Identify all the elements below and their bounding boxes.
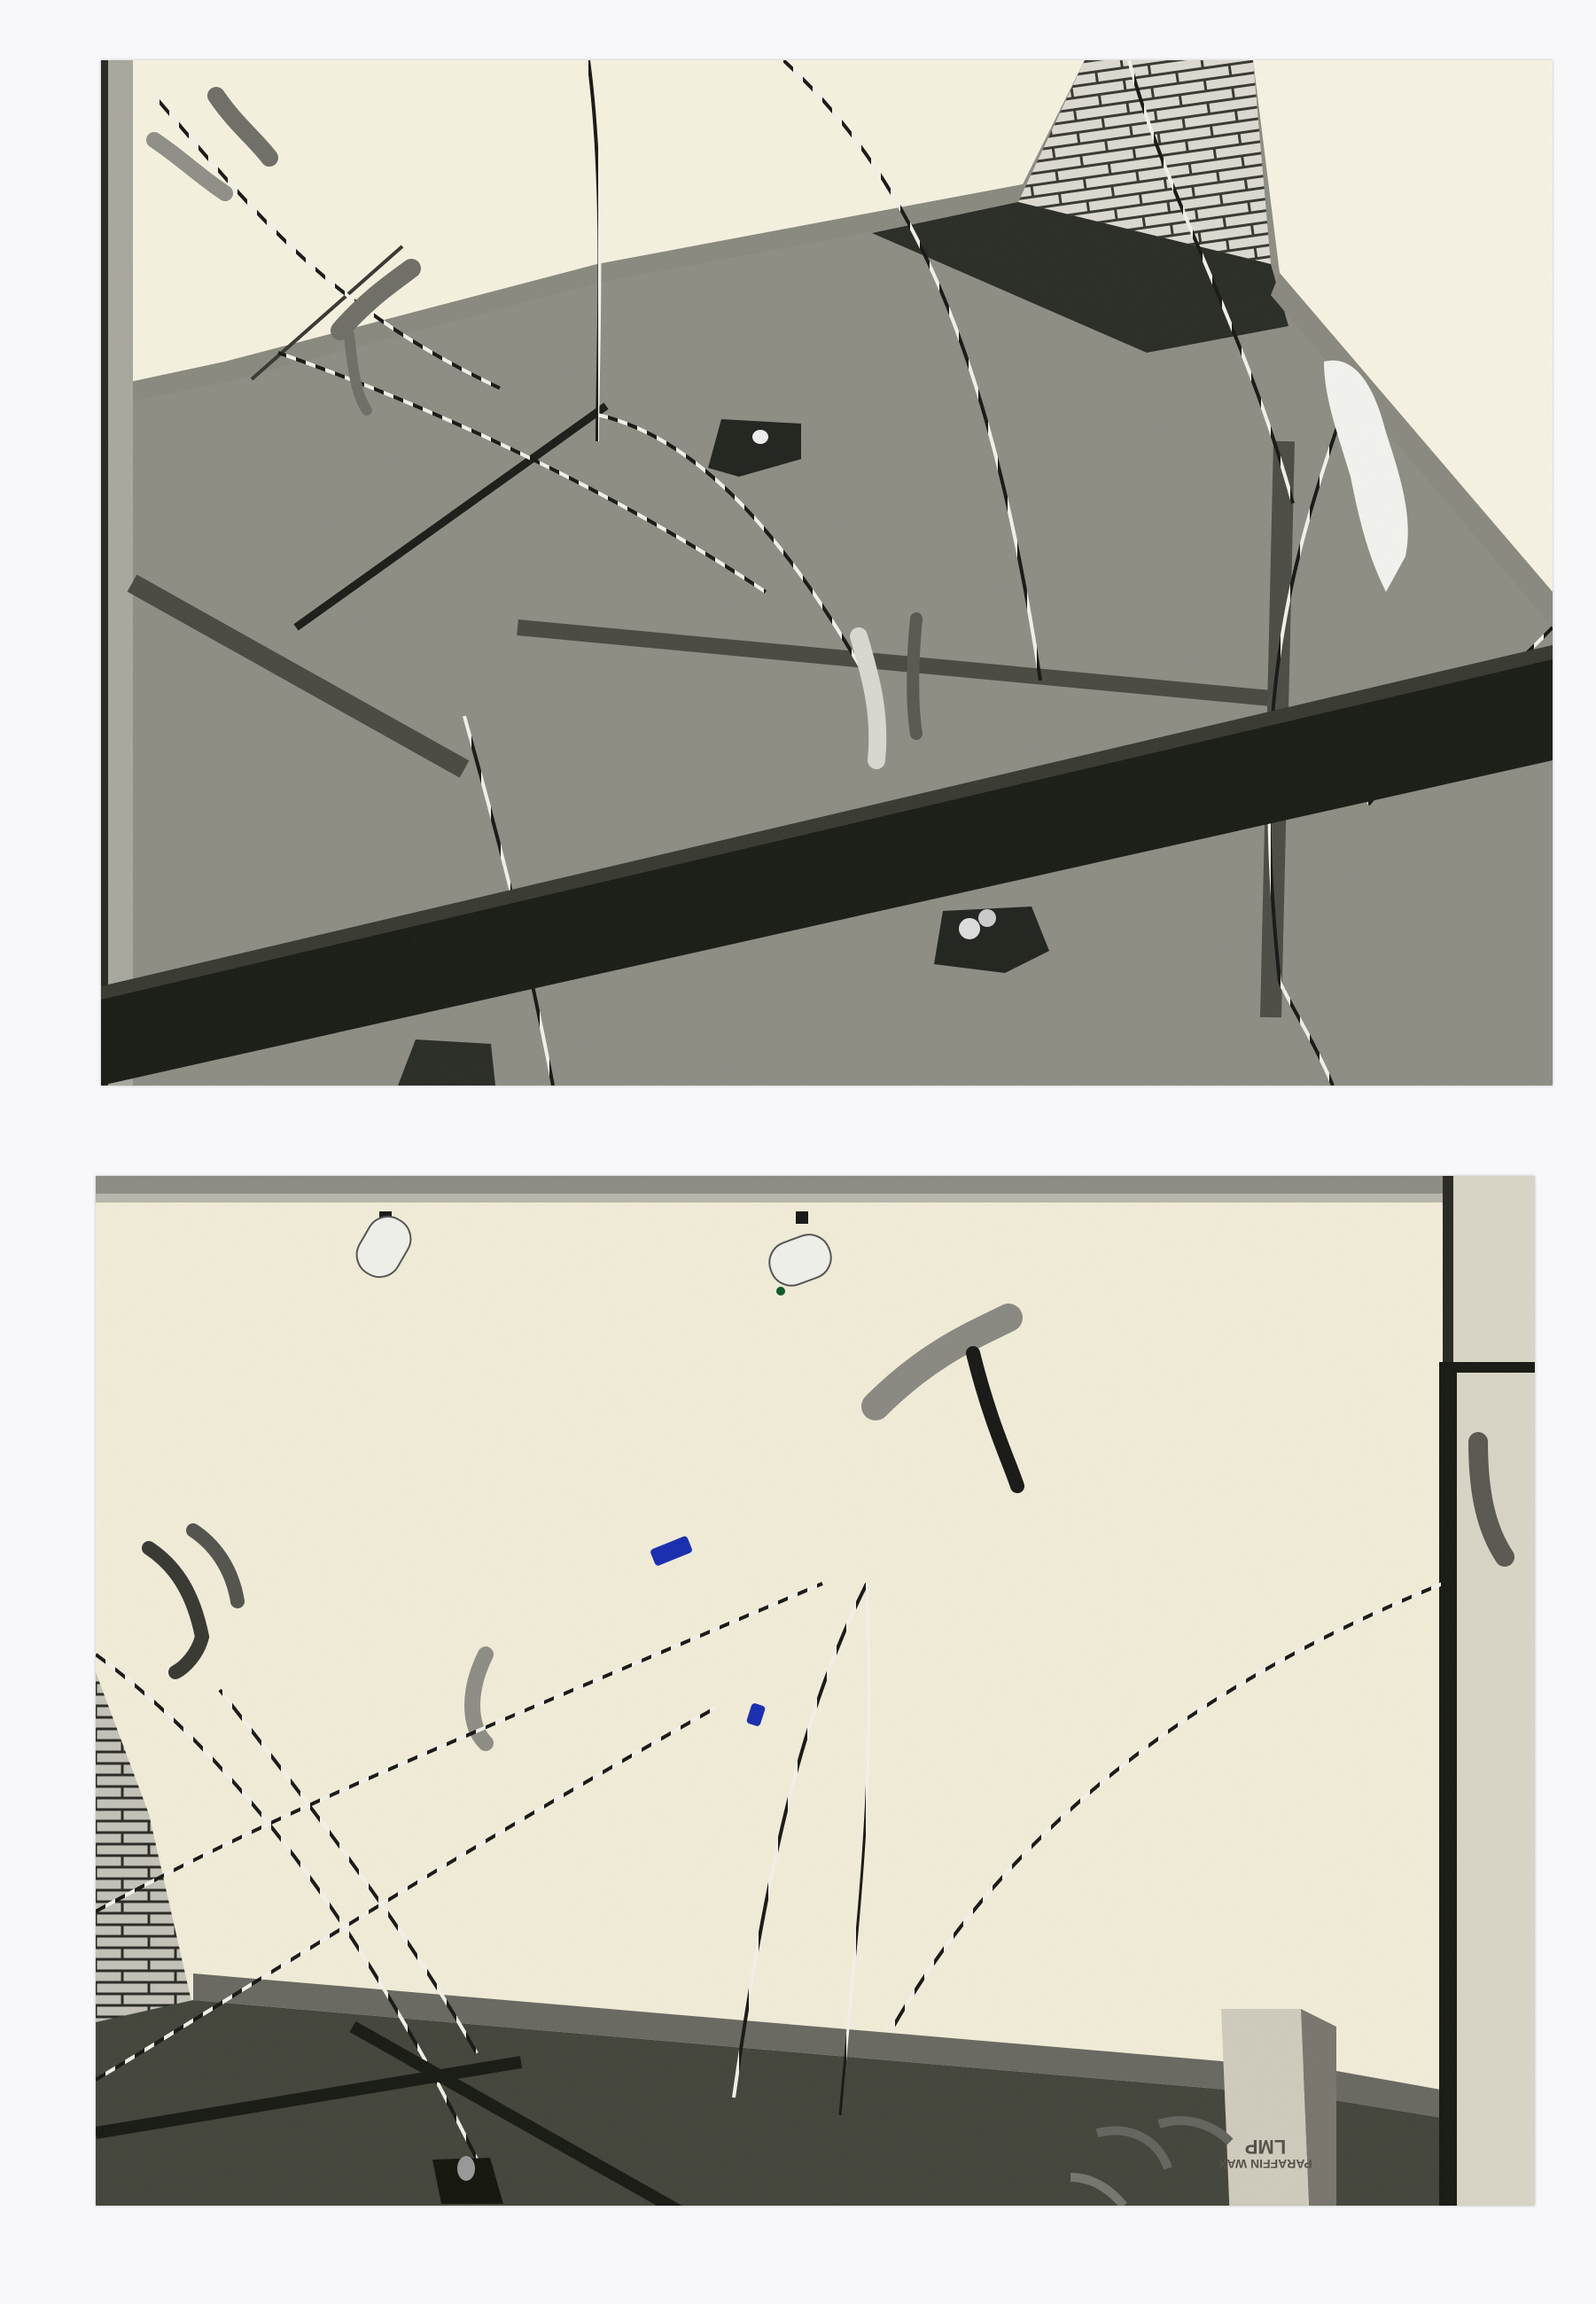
photo-top — [101, 60, 1553, 1086]
photo-top-image — [101, 60, 1553, 1086]
photo-bottom: PARAFFIN WAX LMP — [96, 1176, 1535, 2206]
photo-bottom-image: PARAFFIN WAX LMP — [96, 1176, 1535, 2206]
